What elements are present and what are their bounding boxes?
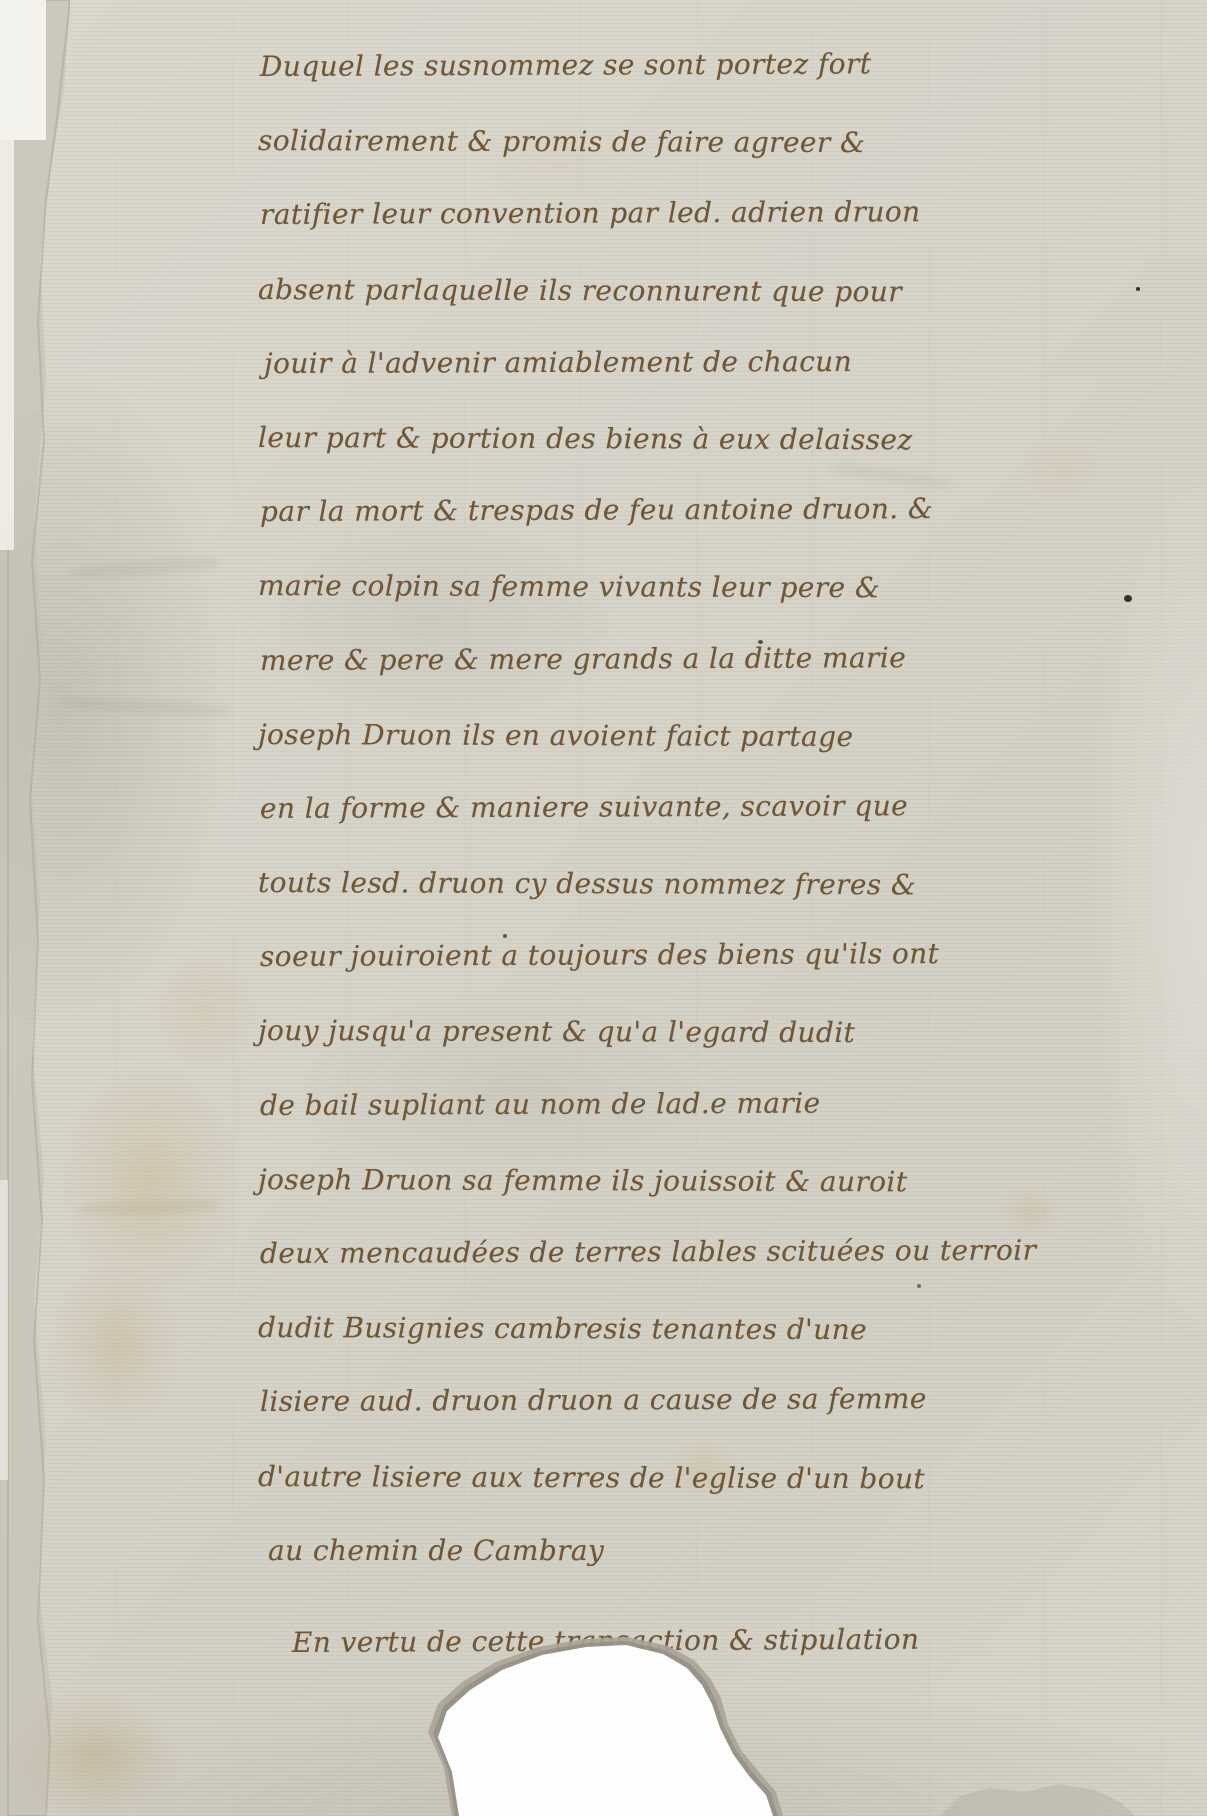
manuscript-scan: Duquel les susnommez se sont portez fort… <box>0 0 1207 1816</box>
torn-hole <box>0 0 1207 1816</box>
